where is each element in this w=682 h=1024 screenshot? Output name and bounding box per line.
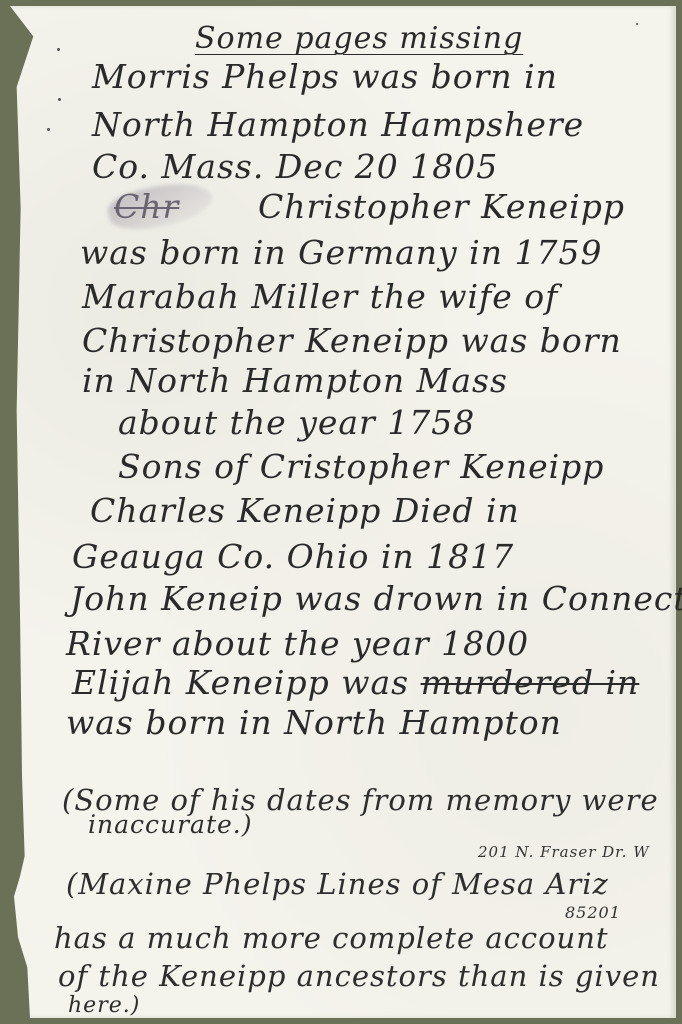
paper-speck [636,23,638,25]
line-marabah-miller: Marabah Miller the wife of [82,280,558,313]
note-maxine-phelps: (Maxine Phelps Lines of Mesa Ariz [66,870,609,899]
line-was-born: was born in North Hampton [66,706,562,739]
paper-speck [58,98,61,101]
note-complete-account: has a much more complete account [54,924,609,953]
note-ancestors: of the Keneipp ancestors than is given [58,962,660,991]
line-born-germany: was born in Germany in 1759 [80,236,602,269]
elijah-text: Elijah Keneipp was [72,663,421,702]
header-note: Some pages missing [195,24,523,54]
line-north-hampton: North Hampton Hampshere [92,108,584,141]
paper-speck [57,48,60,51]
note-here: here.) [68,995,140,1017]
line-birth-date: Co. Mass. Dec 20 1805 [92,150,498,183]
line-christopher: Christopher Keneipp [258,190,625,223]
crossed-out-word: Chr [114,190,179,223]
line-geauga: Geauga Co. Ohio in 1817 [72,540,514,573]
note-address: 201 N. Fraser Dr. W [478,843,650,861]
line-river: River about the year 1800 [66,627,529,660]
line-sons-of: Sons of Cristopher Keneipp [118,450,604,483]
elijah-crossed-out: murdered in [421,663,640,702]
line-charles: Charles Keneipp Died in [90,494,520,527]
note-zip: 85201 [565,903,621,922]
line-elijah: Elijah Keneipp was murdered in [72,666,639,699]
paper-speck [47,128,50,131]
line-in-north-hampton: in North Hampton Mass [82,364,508,397]
line-john: John Keneip was drown in Connect [70,582,682,615]
line-about-year: about the year 1758 [118,406,475,439]
line-morris-phelps: Morris Phelps was born in [92,60,558,93]
line-christopher-wife: Christopher Keneipp was born [82,324,622,357]
note-inaccurate: inaccurate.) [88,812,253,837]
